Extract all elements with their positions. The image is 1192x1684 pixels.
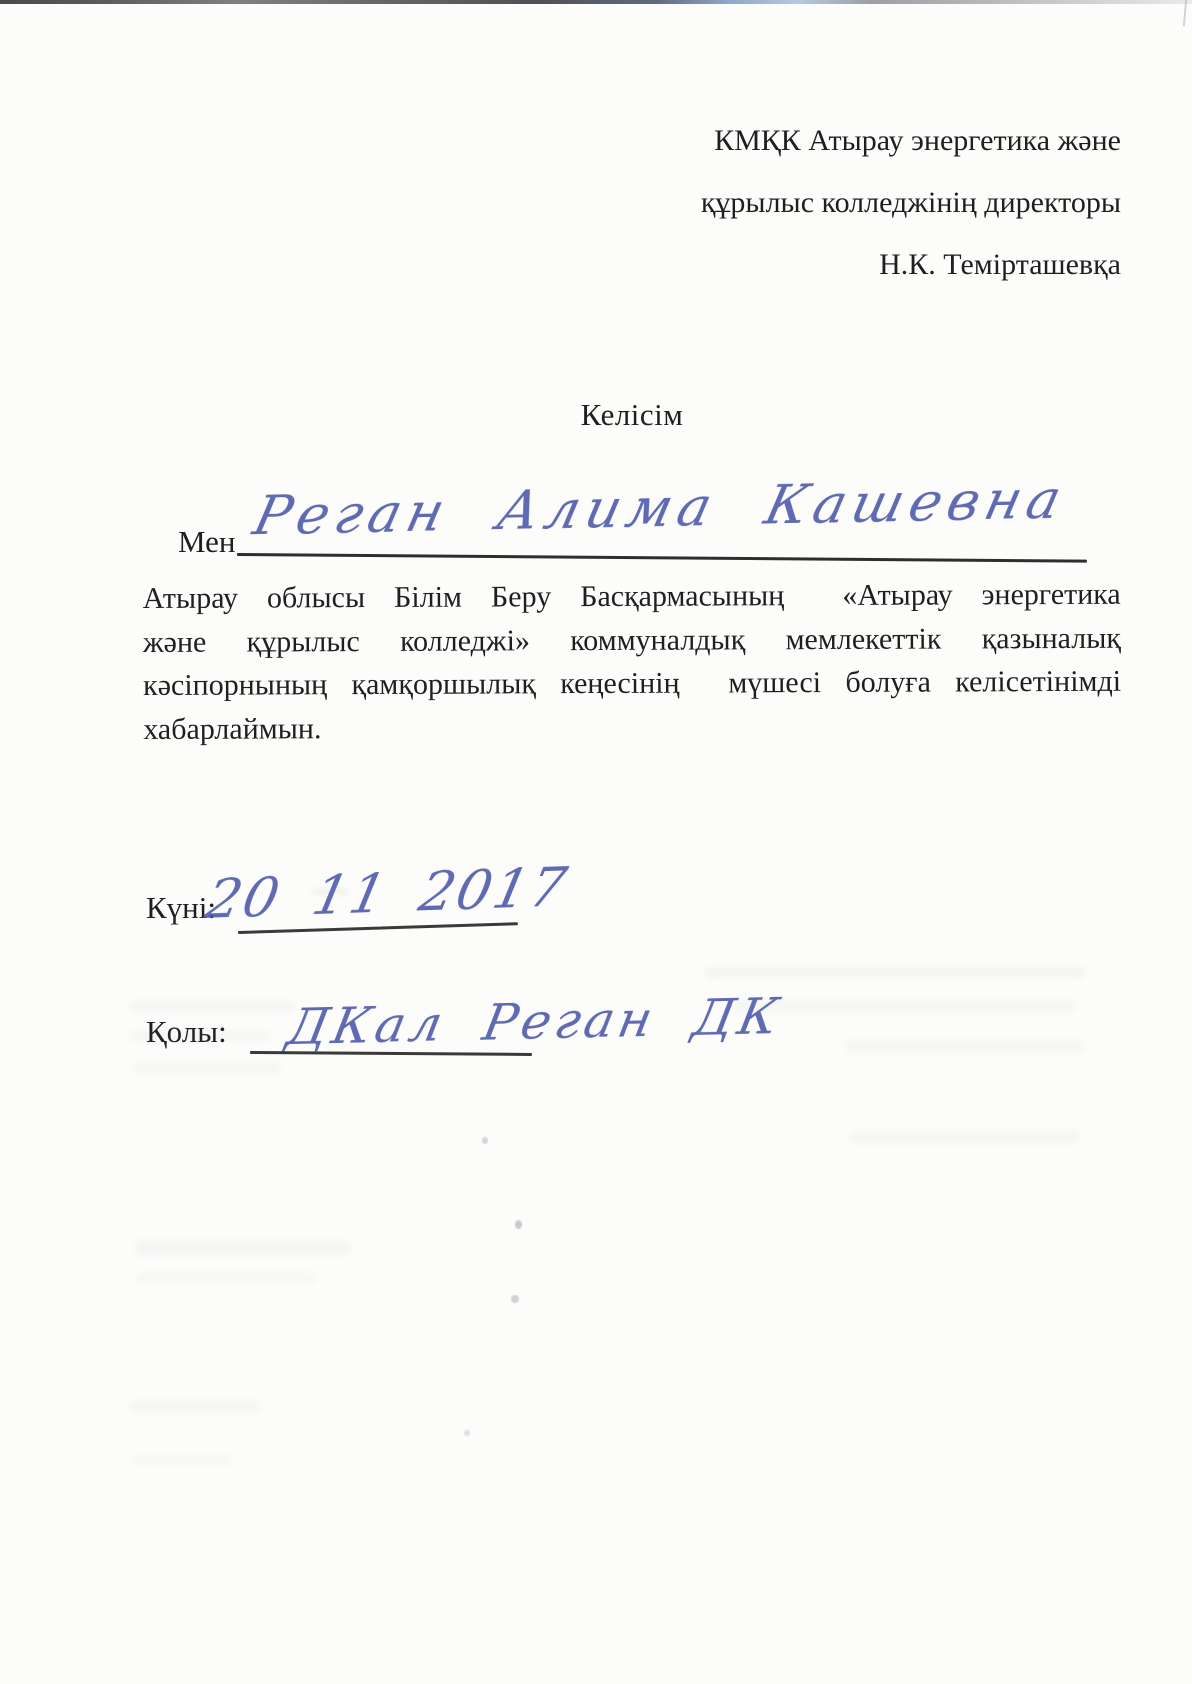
bleed-through-mark [136,1272,316,1284]
addressee-line: құрылыс колледжінің директоры [701,172,1121,234]
bleed-through-mark [136,1240,351,1256]
bleed-through-mark [132,1062,282,1074]
bleed-through-mark [130,1030,270,1042]
scan-speck [464,1430,470,1436]
bleed-through-mark [845,1040,1085,1052]
body-paragraph: Атырау облысы Білім Беру Басқармасының «… [143,573,1122,751]
document-title: Келісім [143,397,1121,433]
scan-speck [515,1220,522,1229]
scan-speck [511,1295,519,1303]
paragraph-line: хабарлаймын. [143,703,1121,751]
addressee-line: КМҚК Атырау энергетика және [701,110,1121,172]
name-underline [237,553,1087,562]
bleed-through-mark [132,1455,232,1465]
handwritten-name: Реган Алима Кашевна [248,467,1073,547]
bleed-through-mark [130,1000,295,1012]
handwritten-date: 20 11 2017 [200,856,574,931]
handwritten-signature: ДКал Реган ДК [282,987,787,1056]
paragraph-line: және құрылыс колледжі» коммуналдық мемле… [143,616,1121,664]
paragraph-line: кәсіпорнының қамқоршылық кеңесінің мүшес… [143,660,1121,708]
addressee-block: КМҚК Атырау энергетика және құрылыс колл… [701,110,1121,296]
bleed-through-mark [130,1400,260,1414]
bleed-through-mark [735,1000,1075,1013]
bleed-through-mark [850,1130,1080,1144]
paragraph-line: Атырау облысы Білім Беру Басқармасының «… [143,573,1121,621]
scan-top-edge-artifact [0,0,1192,4]
addressee-line: Н.К. Темірташевқа [701,234,1121,296]
bleed-through-mark [312,889,348,894]
scanned-document-page: КМҚК Атырау энергетика және құрылыс колл… [0,0,1192,1684]
bleed-through-mark [705,966,1085,979]
salutation-label: Мен [178,524,236,560]
scan-speck [482,1137,488,1144]
